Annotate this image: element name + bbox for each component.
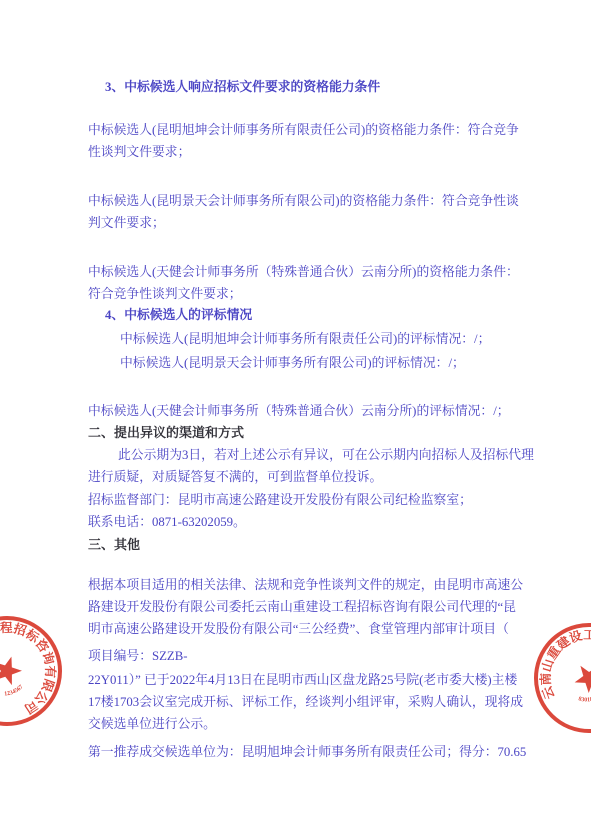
section-heading: 3、中标候选人响应招标文件要求的资格能力条件 [105, 79, 380, 95]
svg-text:1234567: 1234567 [1, 679, 25, 704]
section-heading: 三、其他 [88, 537, 140, 553]
section-heading: 4、中标候选人的评标情况 [105, 307, 252, 323]
text-line: 根据本项目适用的相关法律、法规和竞争性谈判文件的规定，由昆明市高速公 [88, 577, 523, 593]
text-line: 22Y011）” 已于2022年4月13日在昆明市西山区盘龙路25号院(老市委大… [88, 672, 517, 688]
text-line: 项目编号：SZZB- [88, 648, 188, 664]
text-line: 交候选单位进行公示。 [88, 716, 216, 732]
text-line: 性谈判文件要求； [88, 144, 190, 160]
text-line: 中标候选人(天健会计师事务所（特殊普通合伙）云南分所)的资格能力条件： [88, 264, 519, 280]
text-line: 路建设开发股份有限公司委托云南山重建设工程招标咨询有限公司代理的“昆 [88, 599, 516, 615]
text-line: 招标监督部门：昆明市高速公路建设开发股份有限公司纪检监察室； [88, 492, 472, 508]
star-icon [569, 658, 591, 697]
page: 3、中标候选人响应招标文件要求的资格能力条件中标候选人(昆明旭坤会计师事务所有限… [0, 0, 591, 835]
text-line: 明市高速公路建设开发股份有限公司“三公经费”、食堂管理内部审计项目（ [88, 621, 509, 637]
seal-code-text: 1234567 [1, 679, 25, 704]
official-seal-right: 云南山重建设工程招标咨询有限公司 8301881 [530, 619, 591, 737]
text-line: 中标候选人(天健会计师事务所（特殊普通合伙）云南分所)的评标情况：/； [88, 403, 510, 419]
text-line: 联系电话：0871-63202059。 [88, 514, 246, 530]
text-line: 符合竞争性谈判文件要求； [88, 286, 242, 302]
section-heading: 二、提出异议的渠道和方式 [88, 425, 244, 441]
seal-graphic-right: 云南山重建设工程招标咨询有限公司 8301881 [530, 619, 591, 737]
text-line: 中标候选人(昆明旭坤会计师事务所有限责任公司)的资格能力条件：符合竞争 [88, 122, 519, 138]
text-line: 第一推荐成交候选单位为：昆明旭坤会计师事务所有限责任公司；得分：70.65 [88, 744, 526, 760]
text-line: 中标候选人(昆明景天会计师事务所有限公司)的评标情况：/； [120, 355, 465, 371]
text-line: 中标候选人(昆明景天会计师事务所有限公司)的资格能力条件：符合竞争性谈 [88, 193, 519, 209]
text-line: 17楼1703会议室完成开标、评标工作，经谈判小组评审，采购人确认，现将成 [88, 694, 523, 710]
text-line: 判文件要求； [88, 215, 165, 231]
official-seal-left: 云南山重建设工程招标咨询有限公司 1234567 [0, 612, 66, 730]
seal-graphic-left: 云南山重建设工程招标咨询有限公司 1234567 [0, 612, 66, 730]
text-line: 此公示期为3日，若对上述公示有异议，可在公示期内向招标人及招标代理 [118, 447, 534, 463]
text-line: 进行质疑，对质疑答复不满的，可到监督单位投诉。 [88, 469, 382, 485]
star-icon [0, 651, 25, 690]
text-line: 中标候选人(昆明旭坤会计师事务所有限责任公司)的评标情况：/； [120, 331, 490, 347]
